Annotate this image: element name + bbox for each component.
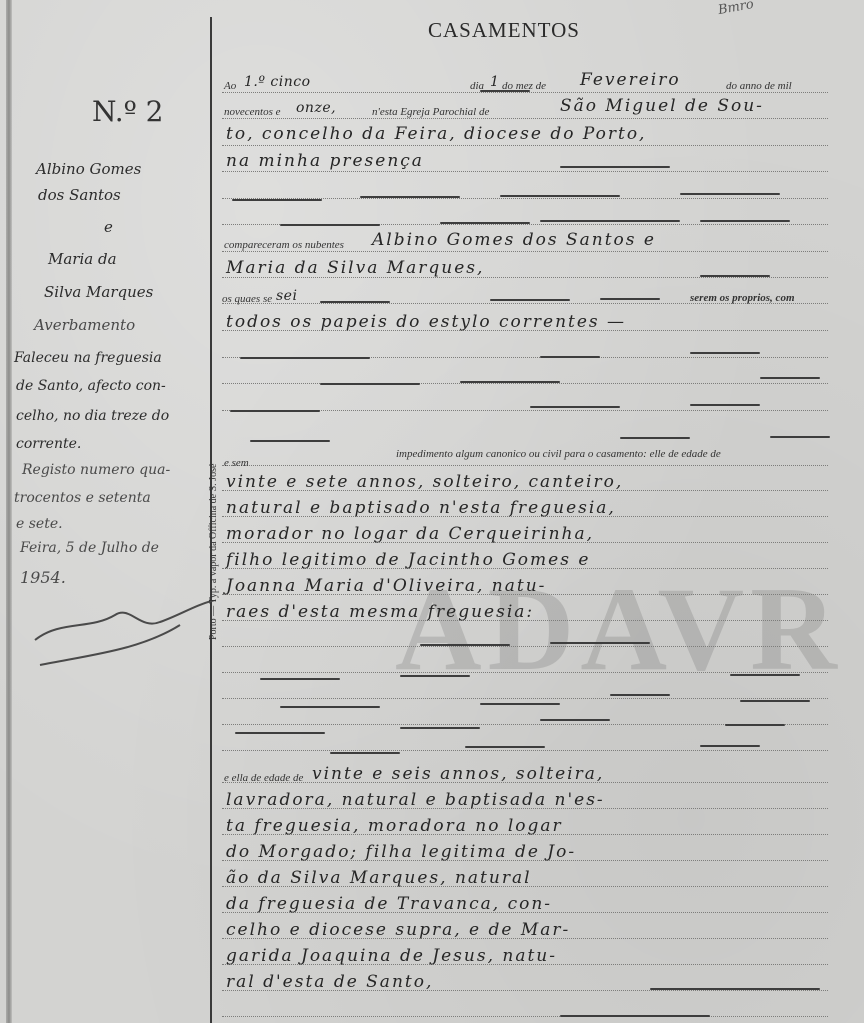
filler-stroke (680, 193, 780, 195)
hand-couple-line1: Albino Gomes dos Santos e (372, 230, 656, 250)
filler-stroke (730, 674, 800, 676)
filler-stroke (560, 1015, 710, 1017)
printed-e-sem: e sem (224, 457, 249, 469)
margin-registry-line: Feira, 5 de Julho de (20, 540, 159, 556)
entry-number: N.º 2 (92, 95, 164, 128)
printer-imprint: Porto — Typ. a vapor da Officina de S. J… (208, 464, 219, 640)
margin-bride-name: Maria da (48, 250, 117, 268)
hand-docs: todos os papeis do estylo correntes — (226, 312, 626, 332)
filler-stroke (250, 440, 330, 442)
hand-bride-2: lavradora, natural e baptisada n'es- (226, 790, 605, 810)
ruled-line (222, 750, 828, 751)
filler-stroke (700, 275, 770, 277)
margin-registry-line: 1954. (20, 568, 66, 587)
hand-bride-1: vinte e seis annos, solteira, (312, 764, 604, 784)
filler-stroke (540, 220, 680, 222)
printed-do-anno: do anno de mil (726, 80, 792, 92)
printed-os-quaes: os quaes se (222, 293, 272, 305)
filler-stroke (650, 988, 820, 990)
filler-stroke (560, 166, 670, 168)
hand-month: Fevereiro (580, 70, 681, 90)
margin-groom-name: Albino Gomes (36, 160, 141, 178)
ruled-line (222, 1016, 828, 1017)
filler-stroke (280, 224, 380, 226)
margin-registry-line: Registo numero qua- (22, 462, 170, 478)
filler-stroke (725, 724, 785, 726)
ruled-line (222, 646, 828, 647)
printed-serem-os-proprios: serem os proprios, com (690, 292, 795, 304)
filler-stroke (230, 410, 320, 412)
filler-stroke (330, 752, 400, 754)
filler-stroke (690, 352, 760, 354)
hand-groom-1: vinte e sete annos, solteiro, canteiro, (226, 472, 623, 492)
binding-edge (6, 0, 12, 1023)
filler-stroke (460, 381, 560, 383)
hand-groom-2: natural e baptisado n'esta freguesia, (226, 498, 616, 518)
ruled-line (222, 171, 828, 172)
margin-annotation-line: corrente. (16, 436, 81, 452)
printed-ao: Ao (224, 80, 236, 92)
ruled-line (222, 251, 828, 252)
hand-line3: to, concelho da Feira, diocese do Porto, (226, 124, 646, 144)
margin-conjunction: e (104, 218, 113, 236)
filler-stroke (700, 745, 760, 747)
hand-os-quaes-fill: sei (276, 288, 297, 304)
ruled-line (222, 118, 828, 119)
hand-groom-6: raes d'esta mesma freguesia: (226, 602, 534, 622)
corner-mark: Bmro (717, 0, 755, 18)
register-page: CASAMENTOS Bmro ADAVR (0, 0, 864, 1023)
filler-stroke (320, 301, 390, 303)
filler-stroke (280, 706, 380, 708)
ruled-line (222, 145, 828, 146)
margin-bride-surname: Silva Marques (44, 283, 153, 301)
margin-groom-surname: dos Santos (38, 186, 121, 204)
printed-ella-de-edade: e ella de edade de (224, 772, 303, 784)
margin-annotation-line: Faleceu na freguesia (14, 350, 162, 366)
hand-bride-3: ta freguesia, moradora no logar (226, 816, 563, 836)
hand-bride-5: ão da Silva Marques, natural (226, 868, 532, 888)
margin-annotation-heading: Averbamento (34, 316, 135, 334)
filler-stroke (530, 406, 620, 408)
filler-stroke (400, 727, 480, 729)
filler-stroke (540, 719, 610, 721)
hand-couple-line2: Maria da Silva Marques, (226, 258, 484, 278)
printed-compareceram: compareceram os nubentes (224, 239, 344, 251)
hand-groom-3: morador no logar da Cerqueirinha, (226, 524, 594, 544)
filler-stroke (760, 377, 820, 379)
filler-stroke (550, 642, 650, 644)
hand-bride-9: ral d'esta de Santo, (226, 972, 433, 992)
printed-impedimento: impedimento algum canonico ou civil para… (396, 448, 721, 460)
filler-stroke (610, 694, 670, 696)
filler-stroke (360, 196, 460, 198)
hand-groom-5: Joanna Maria d'Oliveira, natu- (226, 576, 546, 596)
filler-stroke (260, 678, 340, 680)
printed-novecentos: novecentos e (224, 106, 281, 118)
filler-stroke (420, 644, 510, 646)
filler-stroke (480, 703, 560, 705)
filler-stroke (490, 299, 570, 301)
margin-registry-line: e sete. (16, 516, 63, 532)
filler-stroke (465, 746, 545, 748)
page-title: CASAMENTOS (428, 18, 580, 43)
hand-line1-text: 1.º cinco (244, 74, 311, 90)
filler-stroke (240, 357, 370, 359)
hand-bride-6: da freguesia de Travanca, con- (226, 894, 552, 914)
ruled-line (222, 672, 828, 673)
filler-stroke (600, 298, 660, 300)
hand-day: 1 (490, 74, 499, 90)
hand-bride-8: garida Joaquina de Jesus, natu- (226, 946, 557, 966)
hand-groom-4: filho legitimo de Jacintho Gomes e (226, 550, 590, 570)
filler-stroke (500, 195, 620, 197)
hand-bride-7: celho e diocese supra, e de Mar- (226, 920, 570, 940)
filler-stroke (770, 436, 830, 438)
filler-stroke (620, 437, 690, 439)
filler-stroke (400, 675, 470, 677)
ruled-line (222, 465, 828, 466)
hand-parish: São Miguel de Sou- (560, 96, 764, 116)
filler-stroke (740, 700, 810, 702)
ruled-line (222, 92, 828, 93)
printed-do-mez-de: do mez de (502, 80, 546, 92)
printed-dia: dia (470, 80, 484, 92)
hand-year: onze, (296, 100, 336, 116)
margin-registry-line: trocentos e setenta (14, 490, 151, 506)
filler-stroke (690, 404, 760, 406)
filler-stroke (540, 356, 600, 358)
filler-stroke (440, 222, 530, 224)
ruled-line (222, 383, 828, 384)
ruled-line (222, 698, 828, 699)
filler-stroke (700, 220, 790, 222)
hand-bride-4: do Morgado; filha legitima de Jo- (226, 842, 576, 862)
hand-line4: na minha presença (226, 151, 424, 171)
margin-annotation-line: celho, no dia treze do (16, 408, 169, 424)
filler-stroke (232, 199, 322, 201)
signature-flourish (30, 600, 220, 670)
printed-nesta-egreja: n'esta Egreja Parochial de (372, 106, 489, 118)
filler-stroke (320, 383, 420, 385)
margin-annotation-line: de Santo, afecto con- (16, 378, 166, 394)
filler-stroke (235, 732, 325, 734)
